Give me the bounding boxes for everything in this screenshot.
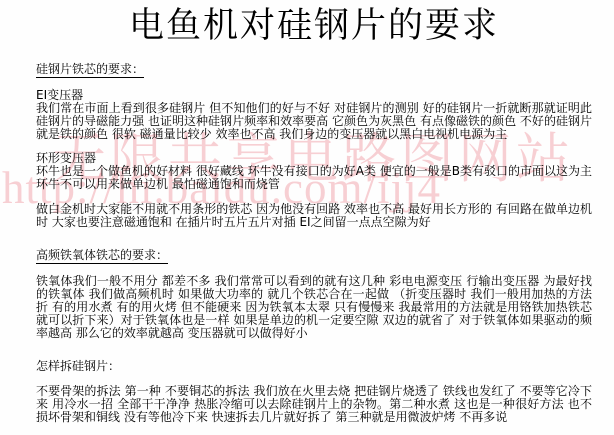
- section-heading: 高频铁氧体铁芯的要求：: [36, 248, 168, 264]
- section-silicon-steel-core: 硅钢片铁芯的要求： EI变压器 我们常在市面上看到很多硅钢片 但不知他们的好与不…: [36, 58, 592, 228]
- document-page: { "page": { "title": "电鱼机对硅钢片的要求", "wate…: [0, 0, 614, 435]
- paragraph-toroidal-transformer: 环形变压器 环牛也是一个做鱼机的好材料 很好藏线 环牛没有接口的为好A类 便宜的…: [36, 152, 592, 190]
- section-how-to-dismantle: 怎样拆硅钢片： 不要骨架的拆法 第一种 不要铜芯的拆法 我们放在火里去烧 把硅钢…: [36, 355, 592, 423]
- section-heading: 怎样拆硅钢片：: [36, 359, 120, 373]
- paragraph-dismantle-methods: 不要骨架的拆法 第一种 不要铜芯的拆法 我们放在火里去烧 把硅钢片烧透了 铁线也…: [36, 385, 592, 423]
- document-content: 电鱼机对硅钢片的要求 硅钢片铁芯的要求： EI变压器 我们常在市面上看到很多硅钢…: [0, 0, 614, 435]
- section-heading: 硅钢片铁芯的要求：: [36, 62, 144, 78]
- section-heading-row: 高频铁氧体铁芯的要求：: [36, 244, 592, 264]
- page-title: 电鱼机对硅钢片的要求: [36, 6, 592, 46]
- paragraph-ei-transformer: EI变压器 我们常在市面上看到很多硅钢片 但不知他们的好与不好 对硅钢片的测别 …: [36, 89, 592, 140]
- section-heading-row: 怎样拆硅钢片：: [36, 355, 592, 374]
- section-ferrite-core: 高频铁氧体铁芯的要求： 铁氧体我们一般不用分 都差不多 我们常常可以看到的就有这…: [36, 244, 592, 339]
- paragraph-ferrite-advice: 铁氧体我们一般不用分 都差不多 我们常常可以看到的就有这几种 彩电电源变压 行输…: [36, 275, 592, 339]
- section-heading-row: 硅钢片铁芯的要求：: [36, 58, 592, 78]
- paragraph-core-shape-advice: 做白金机时大家能不用就不用条形的铁芯 因为他没有回路 效率也不高 最好用长方形的…: [36, 203, 592, 229]
